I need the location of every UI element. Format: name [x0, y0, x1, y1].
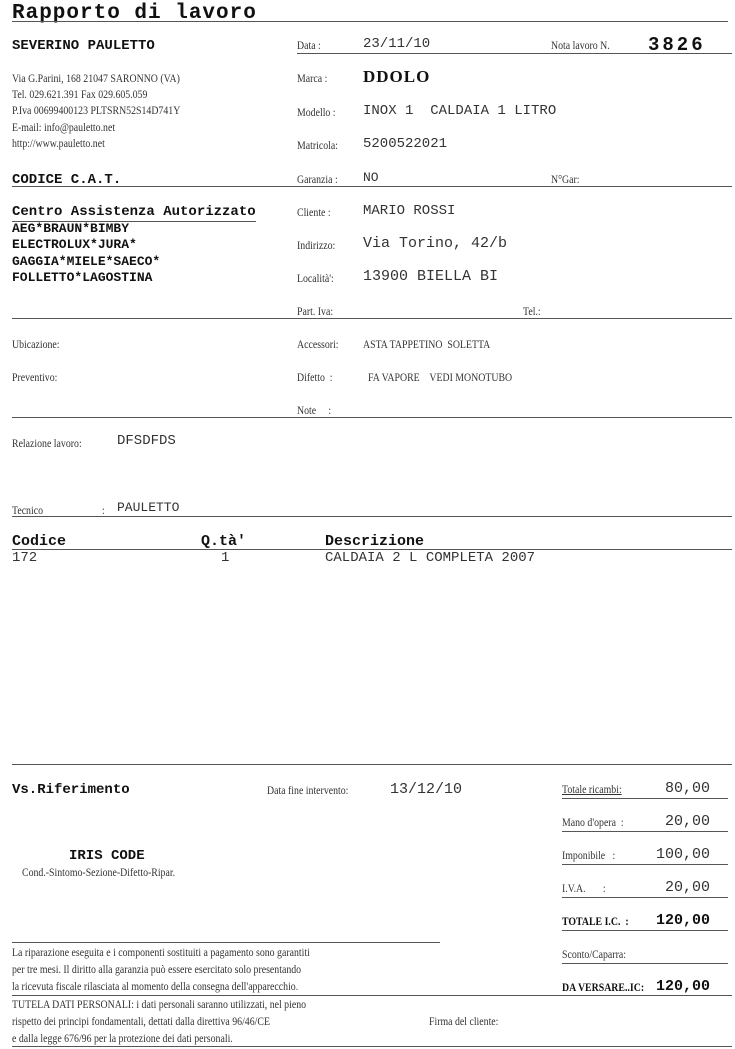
model-label: Modello : — [297, 105, 336, 120]
work-note-label: Nota lavoro N. — [551, 38, 610, 53]
company-website: http://www.pauletto.net — [12, 136, 105, 151]
location-label: Ubicazione: — [12, 337, 60, 352]
taxable-underline — [562, 864, 728, 865]
footer-divider — [12, 764, 732, 765]
work-report-label: Relazione lavoro: — [12, 436, 82, 451]
vat-number-label: Part. Iva: — [297, 304, 333, 319]
customer-signature-label: Firma del cliente: — [429, 1014, 498, 1029]
total-underline — [562, 930, 728, 931]
notes-label: Note : — [297, 403, 331, 418]
cat-divider — [12, 186, 732, 187]
locality-label: Località': — [297, 271, 334, 286]
table-row-quantity: 1 — [221, 550, 229, 566]
warranty-text-line: La riparazione eseguita e i componenti s… — [12, 945, 310, 960]
warranty-text-line: per tre mesi. Il diritto alla garanzia p… — [12, 962, 301, 977]
company-vat: P.Iva 00699400123 PLTSRN52S14D741Y — [12, 103, 180, 118]
header-divider — [297, 53, 732, 54]
privacy-text-line: e dalla legge 676/96 per la protezione d… — [12, 1031, 233, 1046]
serial-label: Matricola: — [297, 138, 338, 153]
title-divider — [12, 21, 728, 22]
warranty-number-label: N°Gar: — [551, 172, 580, 187]
page-bottom-line — [12, 1046, 732, 1047]
company-name: SEVERINO PAULETTO — [12, 38, 155, 54]
warranty-text-line: la ricevuta fiscale rilasciata al moment… — [12, 979, 298, 994]
parts-total-value: 80,00 — [665, 780, 710, 797]
warranty-label: Garanzia : — [297, 172, 338, 187]
accessories-label: Accessori: — [297, 337, 339, 352]
company-address: Via G.Parini, 168 21047 SARONNO (VA) — [12, 71, 180, 86]
discount-underline — [562, 963, 728, 964]
table-row-code: 172 — [12, 550, 37, 566]
privacy-text-line: TUTELA DATI PERSONALI: i dati personali … — [12, 997, 306, 1012]
customer-divider — [12, 318, 732, 319]
address-label: Indirizzo: — [297, 238, 335, 253]
company-phone: Tel. 029.621.391 Fax 029.605.059 — [12, 87, 147, 102]
authorized-center-label: Centro Assistenza Autorizzato — [12, 204, 256, 222]
brand-list-line: GAGGIA*MIELE*SAECO* — [12, 254, 160, 269]
warranty-value: NO — [363, 170, 379, 185]
accessories-value: ASTA TAPPETINO SOLETTA — [363, 337, 490, 352]
your-reference-label: Vs.Riferimento — [12, 782, 130, 798]
iris-code-subtitle: Cond.-Sintomo-Sezione-Difetto-Ripar. — [22, 865, 175, 880]
work-report-value: DFSDFDS — [117, 433, 176, 449]
serial-value: 5200522021 — [363, 136, 447, 152]
defect-label: Difetto : — [297, 370, 333, 385]
taxable-label: Imponibile : — [562, 848, 615, 863]
total-value: 120,00 — [656, 912, 710, 929]
company-email: E-mail: info@pauletto.net — [12, 120, 115, 135]
vat-underline — [562, 897, 728, 898]
date-label: Data : — [297, 38, 321, 53]
defect-value: FA VAPORE VEDI MONOTUBO — [368, 370, 512, 385]
table-row-description: CALDAIA 2 L COMPLETA 2007 — [325, 550, 535, 566]
labor-label: Mano d'opera : — [562, 815, 624, 830]
taxable-value: 100,00 — [656, 846, 710, 863]
end-date-label: Data fine intervento: — [267, 783, 348, 798]
amount-due-value: 120,00 — [656, 978, 710, 995]
details-divider — [12, 417, 732, 418]
discount-label: Sconto/Caparra: — [562, 947, 626, 962]
amount-due-label: DA VERSARE..IC: — [562, 980, 644, 995]
column-header-description: Descrizione — [325, 533, 424, 550]
warranty-bottom-line — [12, 995, 732, 996]
labor-value: 20,00 — [665, 813, 710, 830]
customer-value: MARIO ROSSI — [363, 203, 455, 219]
column-header-code: Codice — [12, 533, 66, 550]
total-label: TOTALE I.C. : — [562, 914, 629, 929]
locality-value: 13900 BIELLA BI — [363, 268, 498, 285]
end-date-value: 13/12/10 — [390, 781, 462, 798]
vat-label: I.V.A. : — [562, 881, 606, 896]
vat-value: 20,00 — [665, 879, 710, 896]
customer-label: Cliente : — [297, 205, 331, 220]
brand-label: Marca : — [297, 71, 327, 86]
estimate-label: Preventivo: — [12, 370, 57, 385]
technician-value: PAULETTO — [117, 500, 179, 515]
labor-underline — [562, 831, 728, 832]
privacy-text-line: rispetto dei principi fondamentali, dett… — [12, 1014, 270, 1029]
model-value: INOX 1 CALDAIA 1 LITRO — [363, 103, 556, 119]
parts-total-label: Totale ricambi: — [562, 782, 622, 797]
phone-label: Tel.: — [523, 304, 541, 319]
iris-code-title: IRIS CODE — [69, 848, 145, 864]
parts-total-underline — [562, 798, 728, 799]
date-value: 23/11/10 — [363, 36, 430, 52]
column-header-quantity: Q.tà' — [201, 533, 246, 550]
technician-divider — [12, 516, 732, 517]
warranty-top-line — [12, 942, 440, 943]
brand-value: DDOLO — [363, 67, 430, 87]
address-value: Via Torino, 42/b — [363, 235, 507, 252]
brand-list-line: FOLLETTO*LAGOSTINA — [12, 270, 152, 285]
brand-list-line: ELECTROLUX*JURA* — [12, 237, 137, 252]
brand-list-line: AEG*BRAUN*BIMBY — [12, 221, 129, 236]
